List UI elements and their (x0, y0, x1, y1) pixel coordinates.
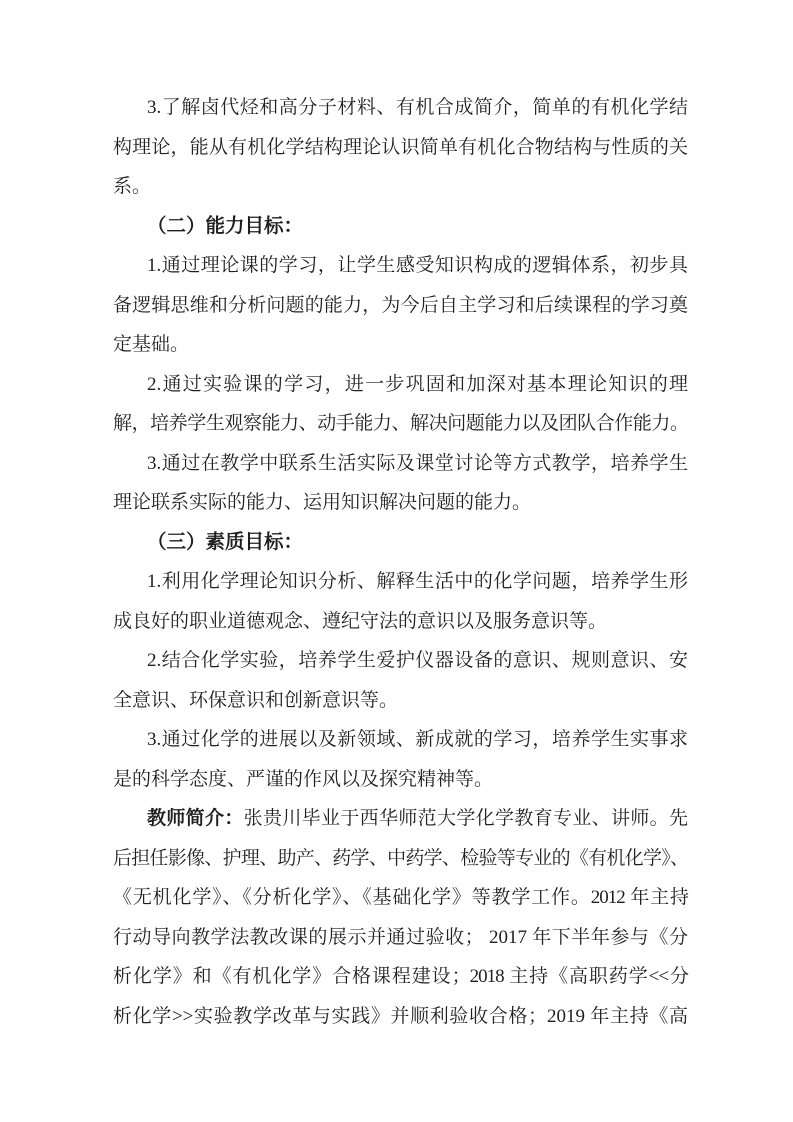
text-line: 解，培养学生观察能力、动手能力、解决问题能力以及团队合作能力。 (113, 404, 688, 444)
document-text-block: 3.了解卤代烃和高分子材料、有机合成简介，简单的有机化学结 构理论，能从有机化学… (113, 88, 688, 1036)
text-line: 2.通过实验课的学习，进一步巩固和加深对基本理论知识的理 (113, 365, 688, 405)
text-line: 《无机化学》、《分析化学》、《基础化学》等教学工作。2012 年主持 (113, 878, 688, 918)
teacher-intro-label: 教师简介： (147, 808, 244, 829)
paragraph-ability-objective-3: 3.通过在教学中联系生活实际及课堂讨论等方式教学，培养学生 理论联系实际的能力、… (113, 444, 688, 523)
text-line: 教师简介：张贵川毕业于西华师范大学化学教育专业、讲师。先 (113, 799, 688, 839)
paragraph-quality-objective-1: 1.利用化学理论知识分析、解释生活中的化学问题，培养学生形 成良好的职业道德观念… (113, 562, 688, 641)
paragraph-quality-objective-2: 2.结合化学实验，培养学生爱护仪器设备的意识、规则意识、安 全意识、环保意识和创… (113, 641, 688, 720)
text-line: 定基础。 (113, 325, 688, 365)
paragraph-quality-objective-3: 3.通过化学的进展以及新领域、新成就的学习，培养学生实事求 是的科学态度、严谨的… (113, 720, 688, 799)
text-line: 系。 (113, 167, 688, 207)
document-page: 3.了解卤代烃和高分子材料、有机合成简介，简单的有机化学结 构理论，能从有机化学… (0, 0, 793, 1122)
text-line: 1.通过理论课的学习，让学生感受知识构成的逻辑体系，初步具 (113, 246, 688, 286)
heading-ability-objectives: （二）能力目标： (113, 207, 688, 247)
text-line: 析化学>>实验教学改革与实践》并顺利验收合格；2019 年主持《高 (113, 997, 688, 1037)
paragraph-teacher-intro: 教师简介：张贵川毕业于西华师范大学化学教育专业、讲师。先 后担任影像、护理、助产… (113, 799, 688, 1036)
text-line: 3.通过在教学中联系生活实际及课堂讨论等方式教学，培养学生 (113, 444, 688, 484)
text-line: 是的科学态度、严谨的作风以及探究精神等。 (113, 760, 688, 800)
text-line: 后担任影像、护理、助产、药学、中药学、检验等专业的《有机化学》、 (113, 839, 688, 879)
text-line: 行动导向教学法教改课的展示并通过验收； 2017 年下半年参与《分 (113, 918, 688, 958)
text-line: 全意识、环保意识和创新意识等。 (113, 681, 688, 721)
paragraph-knowledge-objective-3: 3.了解卤代烃和高分子材料、有机合成简介，简单的有机化学结 构理论，能从有机化学… (113, 88, 688, 207)
text-line: 3.了解卤代烃和高分子材料、有机合成简介，简单的有机化学结 (113, 88, 688, 128)
text-line: 1.利用化学理论知识分析、解释生活中的化学问题，培养学生形 (113, 562, 688, 602)
text-line: 备逻辑思维和分析问题的能力，为今后自主学习和后续课程的学习奠 (113, 286, 688, 326)
text-line: 构理论，能从有机化学结构理论认识简单有机化合物结构与性质的关 (113, 128, 688, 168)
text-line: 成良好的职业道德观念、遵纪守法的意识以及服务意识等。 (113, 602, 688, 642)
text-line: 理论联系实际的能力、运用知识解决问题的能力。 (113, 483, 688, 523)
text-line: 3.通过化学的进展以及新领域、新成就的学习，培养学生实事求 (113, 720, 688, 760)
text-line: 2.结合化学实验，培养学生爱护仪器设备的意识、规则意识、安 (113, 641, 688, 681)
paragraph-ability-objective-1: 1.通过理论课的学习，让学生感受知识构成的逻辑体系，初步具 备逻辑思维和分析问题… (113, 246, 688, 365)
teacher-intro-text: 张贵川毕业于西华师范大学化学教育专业、讲师。先 (244, 808, 688, 829)
heading-quality-objectives: （三）素质目标： (113, 523, 688, 563)
text-line: 析化学》和《有机化学》合格课程建设；2018 主持《高职药学<<分 (113, 957, 688, 997)
paragraph-ability-objective-2: 2.通过实验课的学习，进一步巩固和加深对基本理论知识的理 解，培养学生观察能力、… (113, 365, 688, 444)
